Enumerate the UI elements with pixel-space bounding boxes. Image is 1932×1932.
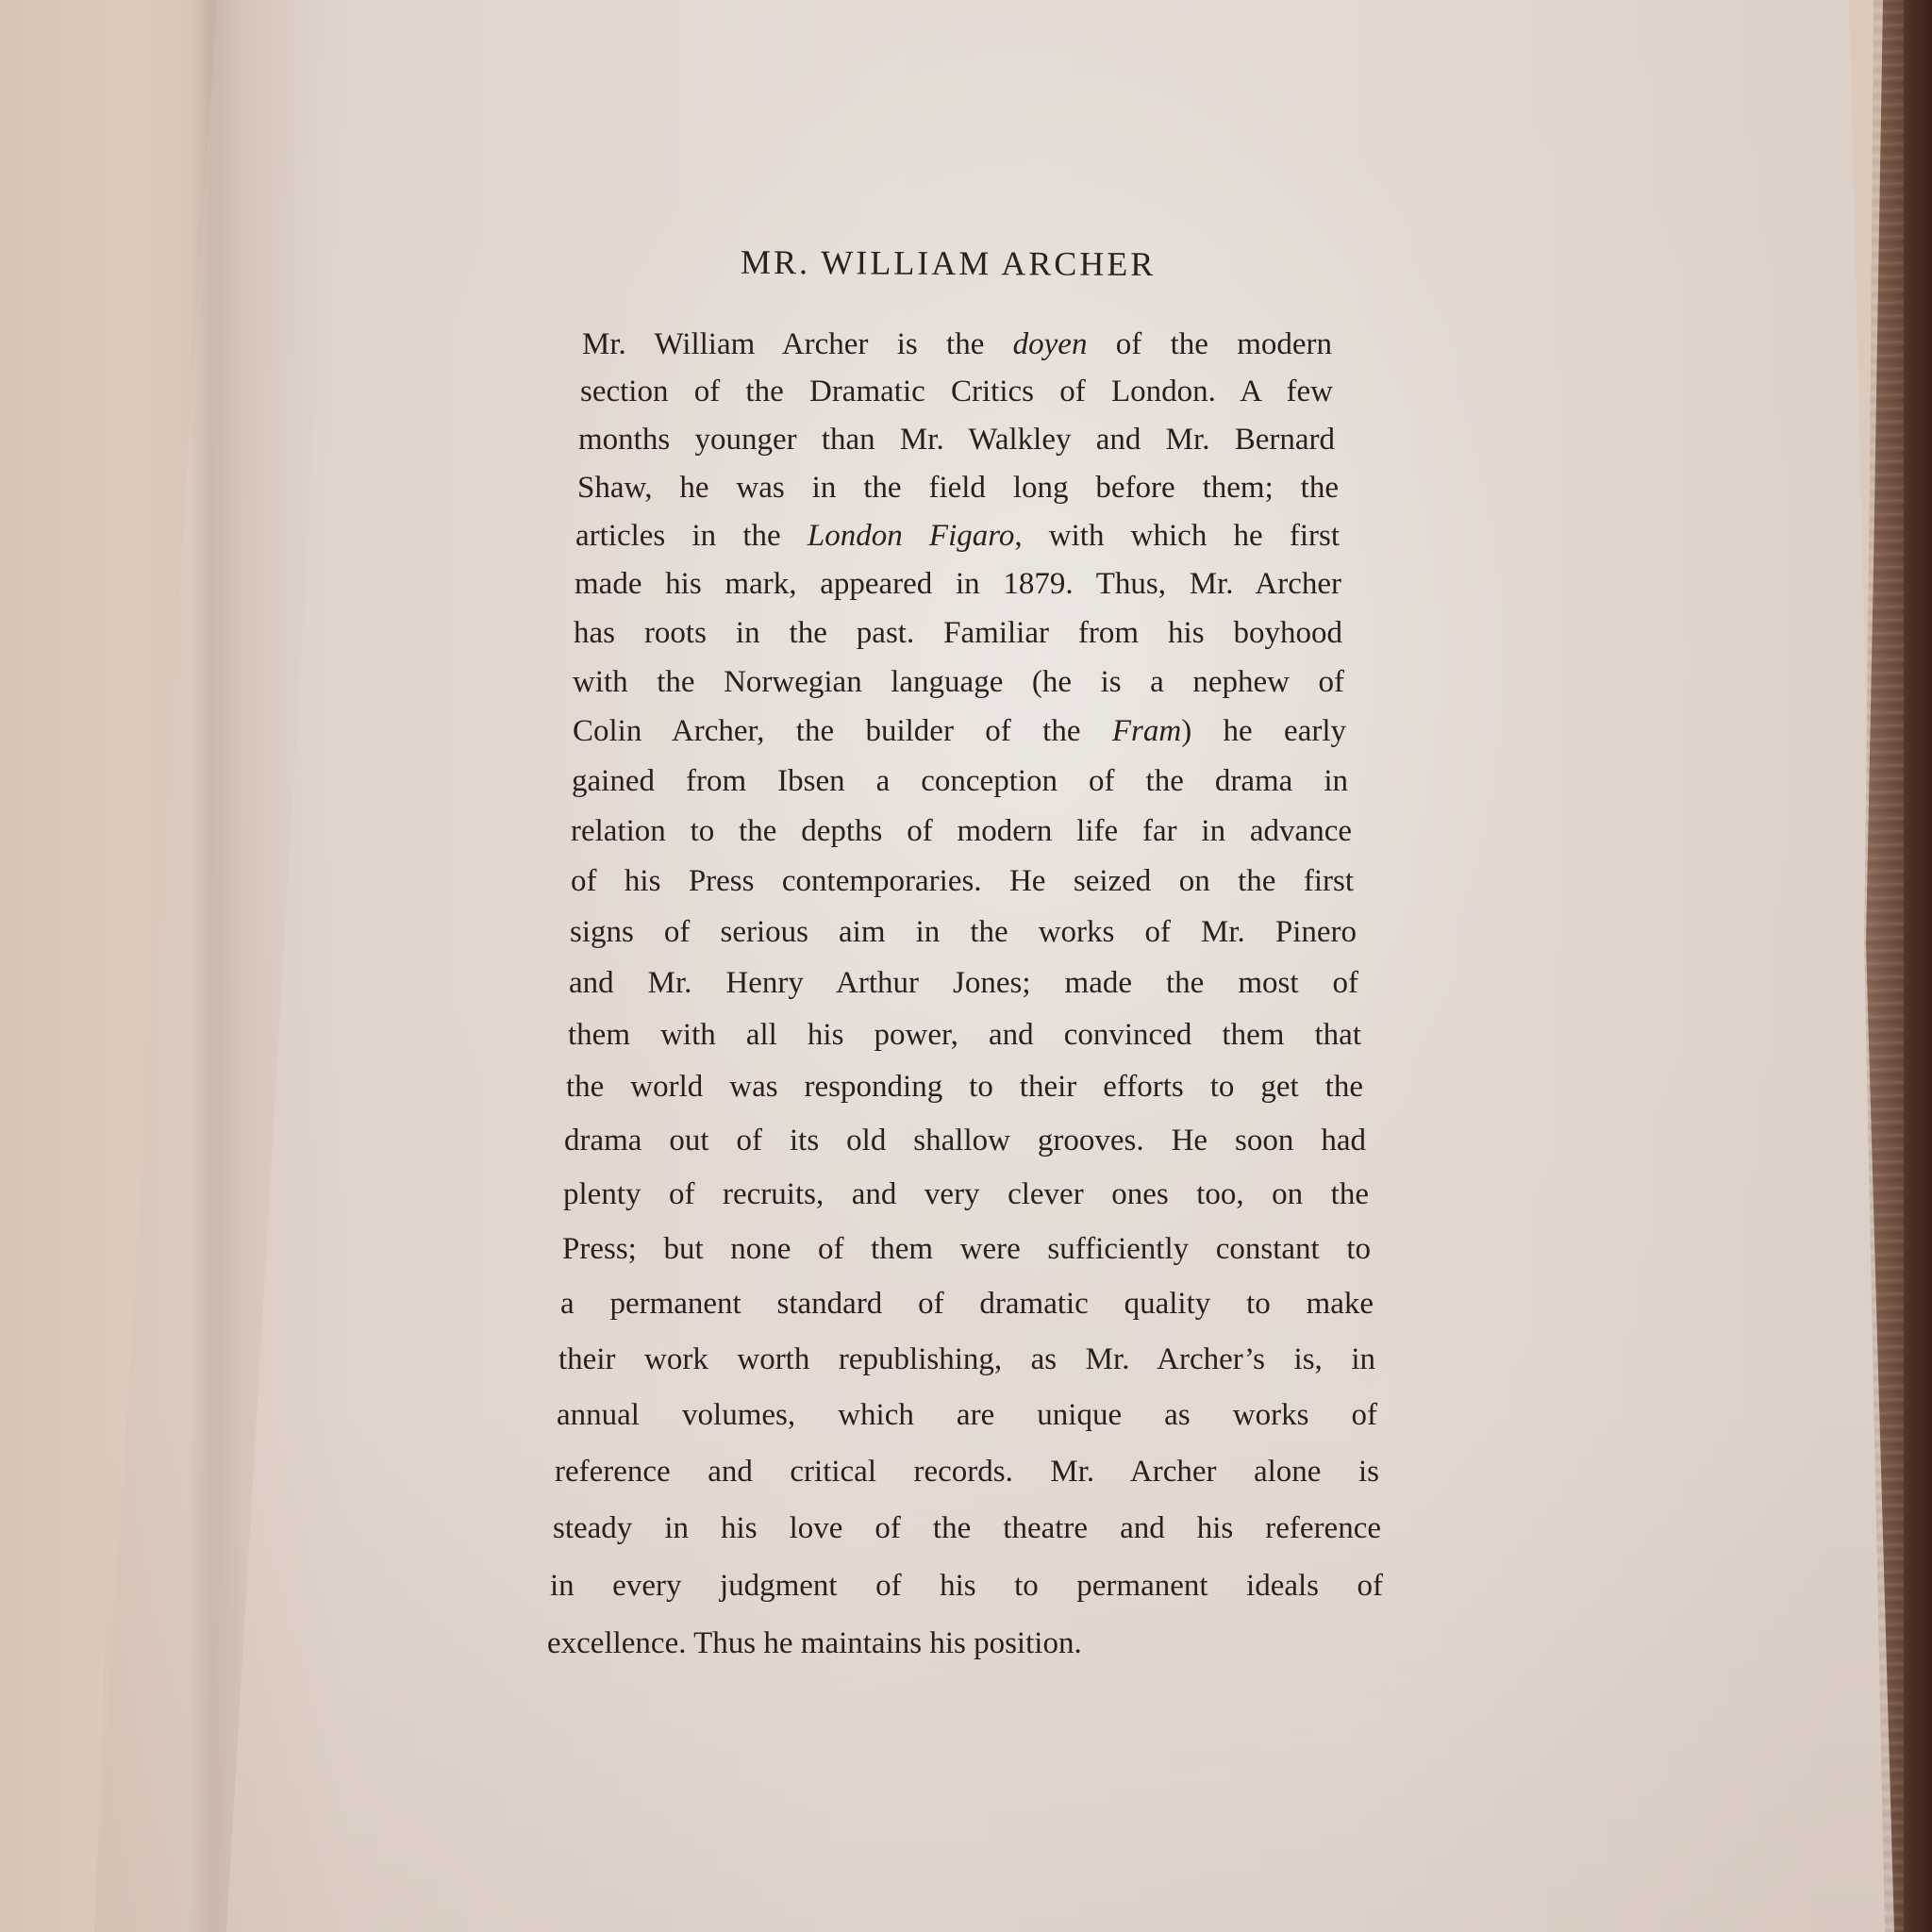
text-line: relation to the depths of modern life fa…: [571, 812, 1352, 850]
text-line: Press; but none of them were sufficientl…: [562, 1230, 1371, 1268]
italic-term: London Figaro: [808, 519, 1015, 553]
text-line: Colin Archer, the builder of the Fram) h…: [573, 712, 1346, 750]
text-line: plenty of recruits, and very clever ones…: [563, 1175, 1369, 1213]
page-title: MR. WILLIAM ARCHER: [741, 242, 1184, 284]
text-line: them with all his power, and convinced t…: [568, 1016, 1361, 1054]
text-line: Shaw, he was in the field long before th…: [577, 469, 1339, 507]
text-line: of his Press contemporaries. He seized o…: [571, 862, 1354, 900]
page-text: MR. WILLIAM ARCHER Mr. William Archer is…: [0, 0, 1932, 1932]
text-line: signs of serious aim in the works of Mr.…: [570, 913, 1357, 951]
text-line: in every judgment of his to permanent id…: [550, 1567, 1383, 1605]
text-line: a permanent standard of dramatic quality…: [560, 1285, 1374, 1323]
text-line: gained from Ibsen a conception of the dr…: [572, 762, 1348, 800]
text-line: made his mark, appeared in 1879. Thus, M…: [575, 565, 1341, 603]
text-line: with the Norwegian language (he is a nep…: [573, 663, 1344, 701]
italic-term: Fram: [1112, 714, 1181, 748]
text-line: and Mr. Henry Arthur Jones; made the mos…: [569, 964, 1358, 1002]
text-line: months younger than Mr. Walkley and Mr. …: [578, 421, 1335, 458]
text-line: drama out of its old shallow grooves. He…: [564, 1122, 1366, 1159]
italic-term: doyen: [1013, 327, 1088, 361]
text-line: Mr. William Archer is the doyen of the m…: [582, 325, 1332, 363]
text-line: reference and critical records. Mr. Arch…: [555, 1453, 1379, 1491]
text-line: the world was responding to their effort…: [566, 1068, 1363, 1106]
text-line: excellence. Thus he maintains his positi…: [547, 1624, 1241, 1662]
text-line: section of the Dramatic Critics of Londo…: [580, 373, 1333, 410]
text-line: annual volumes, which are unique as work…: [557, 1396, 1377, 1434]
text-line: their work worth republishing, as Mr. Ar…: [558, 1341, 1375, 1378]
text-line: steady in his love of the theatre and hi…: [553, 1509, 1381, 1547]
text-line: articles in the London Figaro, with whic…: [575, 517, 1340, 555]
book-photo: MR. WILLIAM ARCHER Mr. William Archer is…: [0, 0, 1932, 1932]
text-line: has roots in the past. Familiar from his…: [574, 614, 1342, 652]
